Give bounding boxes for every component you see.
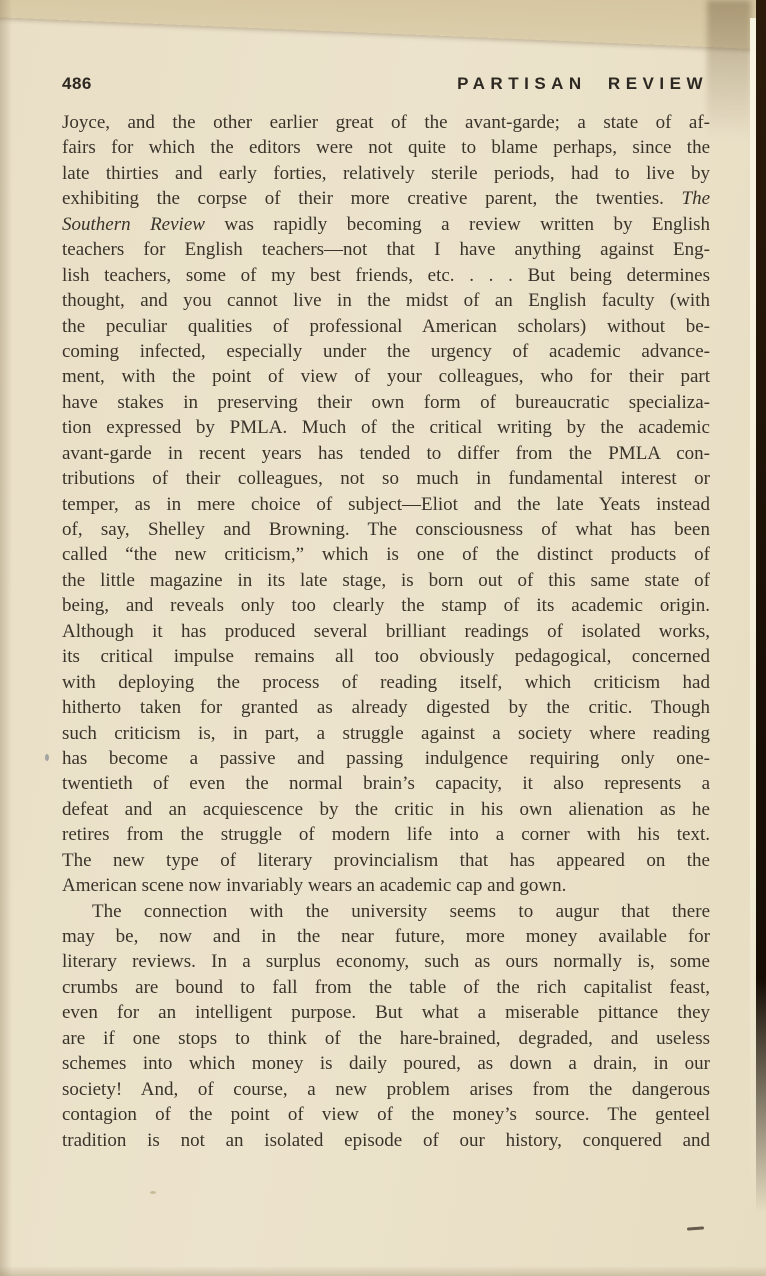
text-line: exhibiting the corpse of their more crea… [62, 186, 710, 211]
text-line: hitherto taken for granted as already di… [62, 695, 710, 720]
text-line: such criticism is, in part, a struggle a… [62, 721, 710, 746]
pencil-dash-mark [687, 1226, 704, 1230]
text-line: its critical impulse remains all too obv… [62, 644, 710, 669]
text-line: called “the new criticism,” which is one… [62, 542, 710, 567]
text-line: temper, as in mere choice of subject—Eli… [62, 492, 710, 517]
text-line: The new type of literary provincialism t… [62, 848, 710, 873]
text-line: tributions of their colleagues, not so m… [62, 466, 710, 491]
text-line: fairs for which the editors were not qui… [62, 135, 710, 160]
paragraph: The connection with the university seems… [62, 899, 710, 1153]
text-line: ment, with the point of view of your col… [62, 364, 710, 389]
text-line: contagion of the point of view of the mo… [62, 1102, 710, 1127]
text-line: thought, and you cannot live in the mids… [62, 288, 710, 313]
text-line: schemes into which money is daily poured… [62, 1051, 710, 1076]
text-line: coming infected, especially under the ur… [62, 339, 710, 364]
text-line: have stakes in preserving their own form… [62, 390, 710, 415]
page-top-edge [0, 0, 766, 53]
text-line: literary reviews. In a surplus economy, … [62, 949, 710, 974]
text-line: are if one stops to think of the hare-br… [62, 1026, 710, 1051]
journal-title: PARTISAN REVIEW [457, 74, 708, 94]
text-line: retires from the struggle of modern life… [62, 822, 710, 847]
text-line: of, say, Shelley and Browning. The consc… [62, 517, 710, 542]
text-line: The connection with the university seems… [62, 899, 710, 924]
text-line: with deploying the process of reading it… [62, 670, 710, 695]
text-line: tion expressed by PMLA. Much of the crit… [62, 415, 710, 440]
page-left-edge-shadow [0, 0, 12, 1276]
text-line: lish teachers, some of my best friends, … [62, 263, 710, 288]
text-line: being, and reveals only too clearly the … [62, 593, 710, 618]
text-line: late thirties and early forties, relativ… [62, 161, 710, 186]
text-line: Southern Review was rapidly becoming a r… [62, 212, 710, 237]
text-line: has become a passive and passing indulge… [62, 746, 710, 771]
top-right-corner-shadow [707, 0, 751, 150]
text-line: may be, now and in the near future, more… [62, 924, 710, 949]
text-line: the little magazine in its late stage, i… [62, 568, 710, 593]
paragraph: Joyce, and the other earlier great of th… [62, 110, 710, 899]
book-spine-edge [756, 0, 766, 1225]
text-line: Although it has produced several brillia… [62, 619, 710, 644]
text-line: even for an intelligent purpose. But wha… [62, 1000, 710, 1025]
text-line: crumbs are bound to fall from the table … [62, 975, 710, 1000]
text-line: twentieth of even the normal brain’s cap… [62, 771, 710, 796]
text-line: avant-garde in recent years has tended t… [62, 441, 710, 466]
text-line: tradition is not an isolated episode of … [62, 1128, 710, 1153]
text-line: the peculiar qualities of professional A… [62, 314, 710, 339]
bottom-speck-mark [150, 1191, 156, 1194]
text-line: Joyce, and the other earlier great of th… [62, 110, 710, 135]
page-number: 486 [62, 74, 92, 94]
text-line: defeat and an acquiescence by the critic… [62, 797, 710, 822]
body-text: Joyce, and the other earlier great of th… [62, 110, 710, 1153]
text-line: American scene now invariably wears an a… [62, 873, 710, 898]
running-head: 486 PARTISAN REVIEW [62, 74, 708, 94]
page-bottom-edge-shadow [0, 1266, 766, 1276]
text-line: society! And, of course, a new problem a… [62, 1077, 710, 1102]
margin-speck-mark [45, 754, 49, 761]
text-line: teachers for English teachers—not that I… [62, 237, 710, 262]
